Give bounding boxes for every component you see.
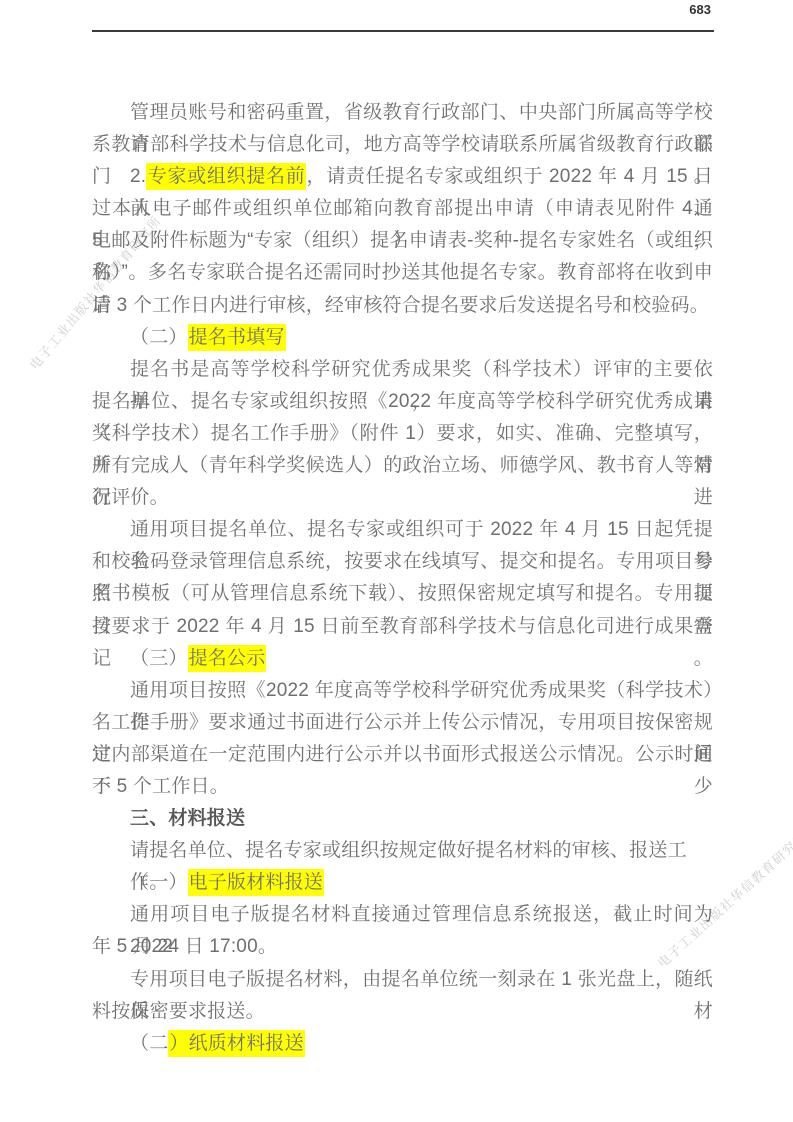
- text-line: 所有完成人（青年科学奖候选人）的政治立场、师德学风、教书育人等情况进: [92, 450, 713, 482]
- text-segment: 年 5 月 24 日 17:00。: [92, 936, 277, 957]
- header-rule: [92, 30, 714, 32]
- highlighted-text: 提名书填写: [188, 324, 286, 351]
- text-line: 管理员账号和密码重置，省级教育行政部门、中央部门所属高等学校请联: [92, 97, 713, 129]
- text-line: 通用项目电子版提名材料直接通过管理信息系统报送，截止时间为 2022: [92, 899, 713, 931]
- text-line: （二）纸质材料报送: [92, 1028, 713, 1060]
- text-line: 2.专家或组织提名前，请责任提名专家或组织于 2022 年 4 月 15 日前通: [92, 161, 713, 193]
- text-line: 称）”。多名专家联合提名还需同时抄送其他提名专家。教育部将在收到申请: [92, 257, 713, 289]
- text-line: 系教育部科学技术与信息化司，地方高等学校请联系所属省级教育行政部门。: [92, 129, 713, 161]
- text-line: 名工作手册》要求通过书面进行公示并上传公示情况，专用项目按保密规定通: [92, 707, 713, 739]
- text-segment: （一）: [130, 872, 188, 893]
- text-line: 电邮及附件标题为“专家（组织）提名申请表-奖种-提名专家姓名（或组织名: [92, 225, 713, 257]
- text-line: 请提名单位、提名专家或组织按规定做好提名材料的审核、报送工作。: [92, 835, 713, 867]
- text-line: 通用项目按照《2022 年度高等学校科学研究优秀成果奖（科学技术）提: [92, 675, 713, 707]
- text-line: 专用项目电子版提名材料，由提名单位统一刻录在 1 张光盘上，随纸质材: [92, 964, 713, 996]
- text-line: 和校验码登录管理信息系统，按要求在线填写、提交和提名。专用项目参照提: [92, 546, 713, 578]
- text-line: 提名单位、提名专家或组织按照《2022 年度高等学校科学研究优秀成果奖: [92, 386, 713, 418]
- highlighted-text: 提名公示: [188, 645, 267, 672]
- highlighted-text: 电子版材料报送: [188, 869, 324, 896]
- text-segment: 后 3 个工作日内进行审核，经审核符合提名要求后发送提名号和校验码。: [92, 295, 709, 316]
- text-line: 过内部渠道在一定范围内进行公示并以书面形式报送公示情况。公示时间不少: [92, 739, 713, 771]
- text-segment: 行评价。: [92, 487, 169, 508]
- text-segment: 所有完成人（青年科学奖候选人）的政治立场、师德学风、教书育人等情况进: [92, 455, 713, 508]
- text-segment: 2.: [130, 166, 146, 187]
- text-line: 通用项目提名单位、提名专家或组织可于 2022 年 4 月 15 日起凭提名号: [92, 514, 713, 546]
- section-heading-line: 三、材料报送: [92, 803, 713, 835]
- highlighted-text: ）纸质材料报送: [168, 1030, 304, 1057]
- text-segment: （二: [130, 1033, 168, 1054]
- text-line: （科学技术）提名工作手册》（附件 1）要求，如实、准确、完整填写，并对: [92, 418, 713, 450]
- text-line: 按要求于 2022 年 4 月 15 日前至教育部科学技术与信息化司进行成果登记…: [92, 611, 713, 643]
- text-line: 名书模板（可从管理信息系统下载）、按照保密规定填写和提名。专用项目需: [92, 578, 713, 610]
- page-number: 683: [92, 2, 711, 17]
- text-segment: 三、材料报送: [130, 808, 245, 829]
- text-segment: （二）: [130, 327, 188, 348]
- text-segment: 料按保密要求报送。: [92, 1001, 265, 1022]
- text-line: 过本人电子邮件或组织单位邮箱向教育部提出申请（申请表见附件 4、5），: [92, 193, 713, 225]
- document-body: 管理员账号和密码重置，省级教育行政部门、中央部门所属高等学校请联系教育部科学技术…: [92, 97, 713, 1060]
- text-line: 提名书是高等学校科学研究优秀成果奖（科学技术）评审的主要依据，请: [92, 354, 713, 386]
- text-segment: （三）: [130, 648, 188, 669]
- highlighted-text: 专家或组织提名前: [146, 163, 306, 190]
- text-line: 年 5 月 24 日 17:00。: [92, 931, 713, 963]
- text-line: 后 3 个工作日内进行审核，经审核符合提名要求后发送提名号和校验码。: [92, 290, 713, 322]
- text-line: （一）电子版材料报送: [92, 867, 713, 899]
- text-segment: 于 5 个工作日。: [92, 776, 229, 797]
- text-line: （二）提名书填写: [92, 322, 713, 354]
